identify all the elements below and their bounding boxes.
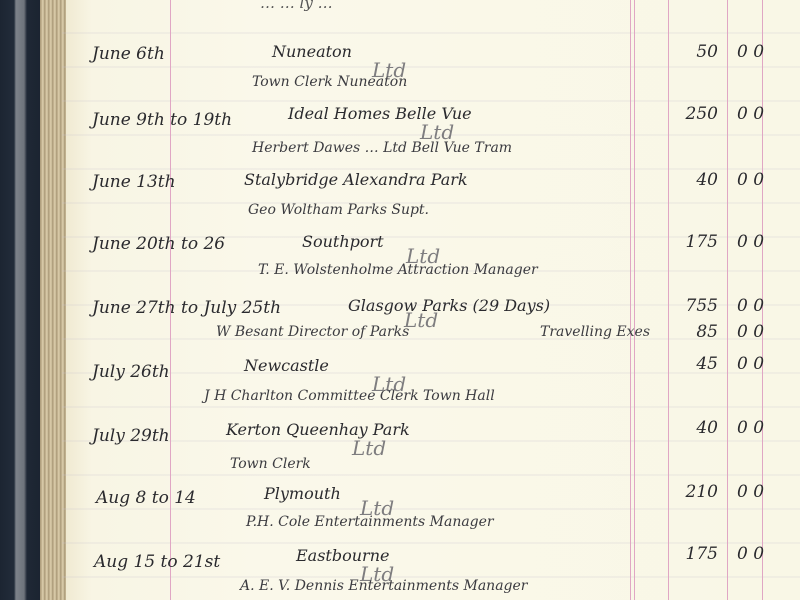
entry-pence: 0 0 xyxy=(737,232,764,252)
entry-contact: T. E. Wolstenholme Attraction Manager xyxy=(258,262,538,278)
entry-date: June 20th to 26 xyxy=(92,234,225,254)
entry-contact: Geo Woltham Parks Supt. xyxy=(248,202,429,218)
signature-mark: Ltd xyxy=(360,562,394,586)
entry-place: Southport xyxy=(302,232,384,251)
entry-contact: Town Clerk xyxy=(230,456,311,472)
entry-pence: 0 0 xyxy=(737,170,764,190)
signature-mark: Ltd xyxy=(372,58,406,82)
column-rule xyxy=(630,0,631,600)
signature-mark: Ltd xyxy=(406,244,440,268)
entry-note: Travelling Exes xyxy=(540,324,650,340)
entry-date: June 13th xyxy=(92,172,176,192)
entry-pounds: 40 xyxy=(660,170,718,190)
signature-mark: Ltd xyxy=(352,436,386,460)
entry-date: Aug 8 to 14 xyxy=(96,488,196,508)
entry-date: June 9th to 19th xyxy=(92,110,232,130)
entry-pounds: 45 xyxy=(660,354,718,374)
entry-pence: 0 0 xyxy=(737,322,764,342)
signature-mark: Ltd xyxy=(404,308,438,332)
entry-pence: 0 0 xyxy=(737,104,764,124)
entry-pounds: 250 xyxy=(660,104,718,124)
entry-pence: 0 0 xyxy=(737,482,764,502)
entry-contact: Herbert Dawes … Ltd Bell Vue Tram xyxy=(252,140,512,156)
signature-mark: Ltd xyxy=(420,120,454,144)
entry-pounds: 85 xyxy=(660,322,718,342)
entry-place: Nuneaton xyxy=(272,42,352,61)
entry-pence: 0 0 xyxy=(737,418,764,438)
entry-pence: 0 0 xyxy=(737,296,764,316)
entry-contact: J H Charlton Committee Clerk Town Hall xyxy=(204,388,495,404)
entry-place: Plymouth xyxy=(264,484,341,503)
entry-pence: 0 0 xyxy=(737,354,764,374)
entry-contact: W Besant Director of Parks xyxy=(216,324,409,340)
entry-place: Glasgow Parks (29 Days) xyxy=(348,296,550,315)
entry-pence: 0 0 xyxy=(737,544,764,564)
entry-pounds: 40 xyxy=(660,418,718,438)
entry-date: July 29th xyxy=(92,426,170,446)
entry-pounds: 175 xyxy=(660,544,718,564)
entry-place: Stalybridge Alexandra Park xyxy=(244,170,468,189)
entry-date: July 26th xyxy=(92,362,170,382)
entry-pounds: 175 xyxy=(660,232,718,252)
column-rule xyxy=(727,0,728,600)
signature-mark: Ltd xyxy=(360,496,394,520)
signature-mark: Ltd xyxy=(372,372,406,396)
entry-date: June 6th xyxy=(92,44,165,64)
entry-pounds: 210 xyxy=(660,482,718,502)
entry-date: June 27th to July 25th xyxy=(92,298,281,318)
entry-date: Aug 15 to 21st xyxy=(94,552,220,572)
entry-pounds: 50 xyxy=(660,42,718,62)
column-rule xyxy=(634,0,635,600)
top-fragment: … … ly … xyxy=(260,0,333,12)
entry-place: Newcastle xyxy=(244,356,329,375)
entry-pence: 0 0 xyxy=(737,42,764,62)
entry-pounds: 755 xyxy=(660,296,718,316)
